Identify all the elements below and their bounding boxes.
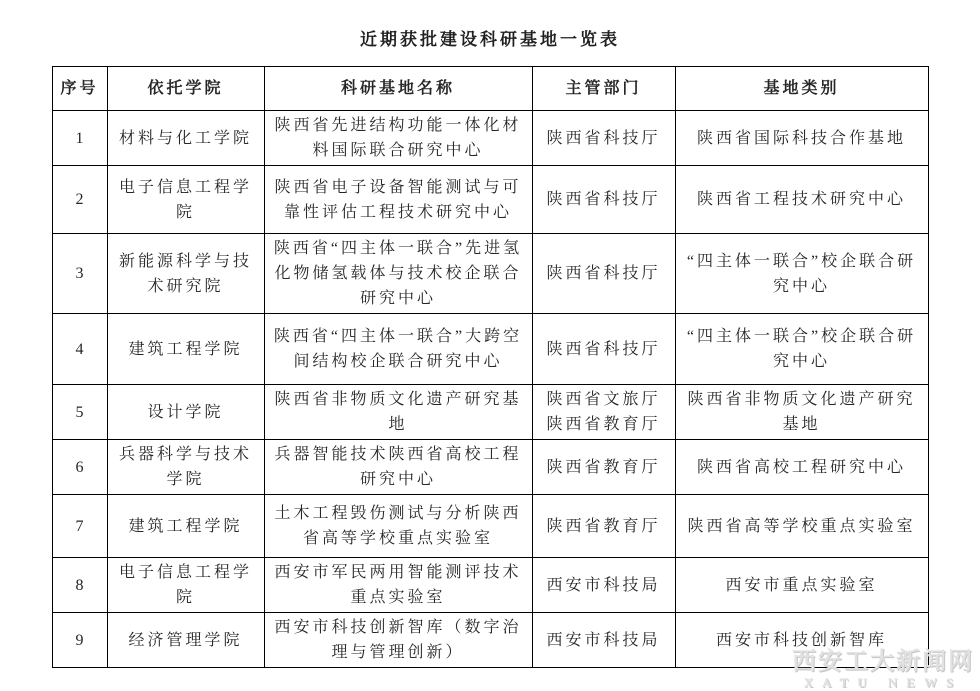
cell-base-name: 西安市科技创新智库（数字治理与管理创新） (264, 613, 532, 668)
cell-college: 经济管理学院 (107, 613, 264, 668)
cell-department: 陕西省科技厅 (532, 111, 675, 166)
watermark-english-text: XATU NEWS (792, 675, 974, 690)
cell-serial-number: 6 (52, 440, 107, 495)
cell-base-name: 陕西省电子设备智能测试与可靠性评估工程技术研究中心 (264, 166, 532, 234)
cell-college: 建筑工程学院 (107, 495, 264, 558)
cell-department: 陕西省科技厅 (532, 314, 675, 385)
table-row: 4 建筑工程学院 陕西省“四主体一联合”大跨空间结构校企联合研究中心 陕西省科技… (52, 314, 928, 385)
document-page: 近期获批建设科研基地一览表 序号 依托学院 科研基地名称 主管部门 基地类别 1… (0, 25, 980, 668)
col-header-base-name: 科研基地名称 (264, 67, 532, 111)
col-header-category: 基地类别 (675, 67, 928, 111)
cell-college: 新能源科学与技术研究院 (107, 234, 264, 314)
cell-college: 设计学院 (107, 385, 264, 440)
cell-department: 西安市科技局 (532, 613, 675, 668)
cell-college: 建筑工程学院 (107, 314, 264, 385)
cell-category: 陕西省国际科技合作基地 (675, 111, 928, 166)
cell-serial-number: 9 (52, 613, 107, 668)
table-row: 9 经济管理学院 西安市科技创新智库（数字治理与管理创新） 西安市科技局 西安市… (52, 613, 928, 668)
cell-department: 陕西省教育厅 (532, 440, 675, 495)
cell-base-name: 兵器智能技术陕西省高校工程研究中心 (264, 440, 532, 495)
table-row: 1 材料与化工学院 陕西省先进结构功能一体化材料国际联合研究中心 陕西省科技厅 … (52, 111, 928, 166)
cell-serial-number: 7 (52, 495, 107, 558)
cell-serial-number: 2 (52, 166, 107, 234)
cell-base-name: 陕西省先进结构功能一体化材料国际联合研究中心 (264, 111, 532, 166)
research-bases-table: 序号 依托学院 科研基地名称 主管部门 基地类别 1 材料与化工学院 陕西省先进… (52, 66, 929, 668)
cell-category: “四主体一联合”校企联合研究中心 (675, 234, 928, 314)
cell-department: 陕西省教育厅 (532, 495, 675, 558)
cell-base-name: 西安市军民两用智能测评技术重点实验室 (264, 558, 532, 613)
col-header-department: 主管部门 (532, 67, 675, 111)
cell-department: 西安市科技局 (532, 558, 675, 613)
cell-serial-number: 1 (52, 111, 107, 166)
col-header-no: 序号 (52, 67, 107, 111)
cell-base-name: 土木工程毁伤测试与分析陕西省高等学校重点实验室 (264, 495, 532, 558)
table-row: 7 建筑工程学院 土木工程毁伤测试与分析陕西省高等学校重点实验室 陕西省教育厅 … (52, 495, 928, 558)
cell-base-name: 陕西省“四主体一联合”大跨空间结构校企联合研究中心 (264, 314, 532, 385)
table-body: 1 材料与化工学院 陕西省先进结构功能一体化材料国际联合研究中心 陕西省科技厅 … (52, 111, 928, 668)
cell-department: 陕西省科技厅 (532, 166, 675, 234)
page-title: 近期获批建设科研基地一览表 (0, 25, 980, 50)
cell-college: 电子信息工程学院 (107, 558, 264, 613)
col-header-college: 依托学院 (107, 67, 264, 111)
cell-category: 西安市科技创新智库 (675, 613, 928, 668)
table-row: 2 电子信息工程学院 陕西省电子设备智能测试与可靠性评估工程技术研究中心 陕西省… (52, 166, 928, 234)
cell-category: “四主体一联合”校企联合研究中心 (675, 314, 928, 385)
cell-base-name: 陕西省“四主体一联合”先进氢化物储氢载体与技术校企联合研究中心 (264, 234, 532, 314)
table-row: 8 电子信息工程学院 西安市军民两用智能测评技术重点实验室 西安市科技局 西安市… (52, 558, 928, 613)
cell-college: 电子信息工程学院 (107, 166, 264, 234)
cell-department: 陕西省科技厅 (532, 234, 675, 314)
cell-serial-number: 5 (52, 385, 107, 440)
cell-college: 兵器科学与技术学院 (107, 440, 264, 495)
cell-category: 陕西省非物质文化遗产研究基地 (675, 385, 928, 440)
table-row: 5 设计学院 陕西省非物质文化遗产研究基地 陕西省文旅厅 陕西省教育厅 陕西省非… (52, 385, 928, 440)
cell-serial-number: 3 (52, 234, 107, 314)
cell-department: 陕西省文旅厅 陕西省教育厅 (532, 385, 675, 440)
cell-base-name: 陕西省非物质文化遗产研究基地 (264, 385, 532, 440)
table-row: 6 兵器科学与技术学院 兵器智能技术陕西省高校工程研究中心 陕西省教育厅 陕西省… (52, 440, 928, 495)
cell-category: 陕西省工程技术研究中心 (675, 166, 928, 234)
cell-serial-number: 8 (52, 558, 107, 613)
cell-serial-number: 4 (52, 314, 107, 385)
cell-category: 西安市重点实验室 (675, 558, 928, 613)
cell-category: 陕西省高等学校重点实验室 (675, 495, 928, 558)
table-row: 3 新能源科学与技术研究院 陕西省“四主体一联合”先进氢化物储氢载体与技术校企联… (52, 234, 928, 314)
table-header-row: 序号 依托学院 科研基地名称 主管部门 基地类别 (52, 67, 928, 111)
cell-category: 陕西省高校工程研究中心 (675, 440, 928, 495)
cell-college: 材料与化工学院 (107, 111, 264, 166)
